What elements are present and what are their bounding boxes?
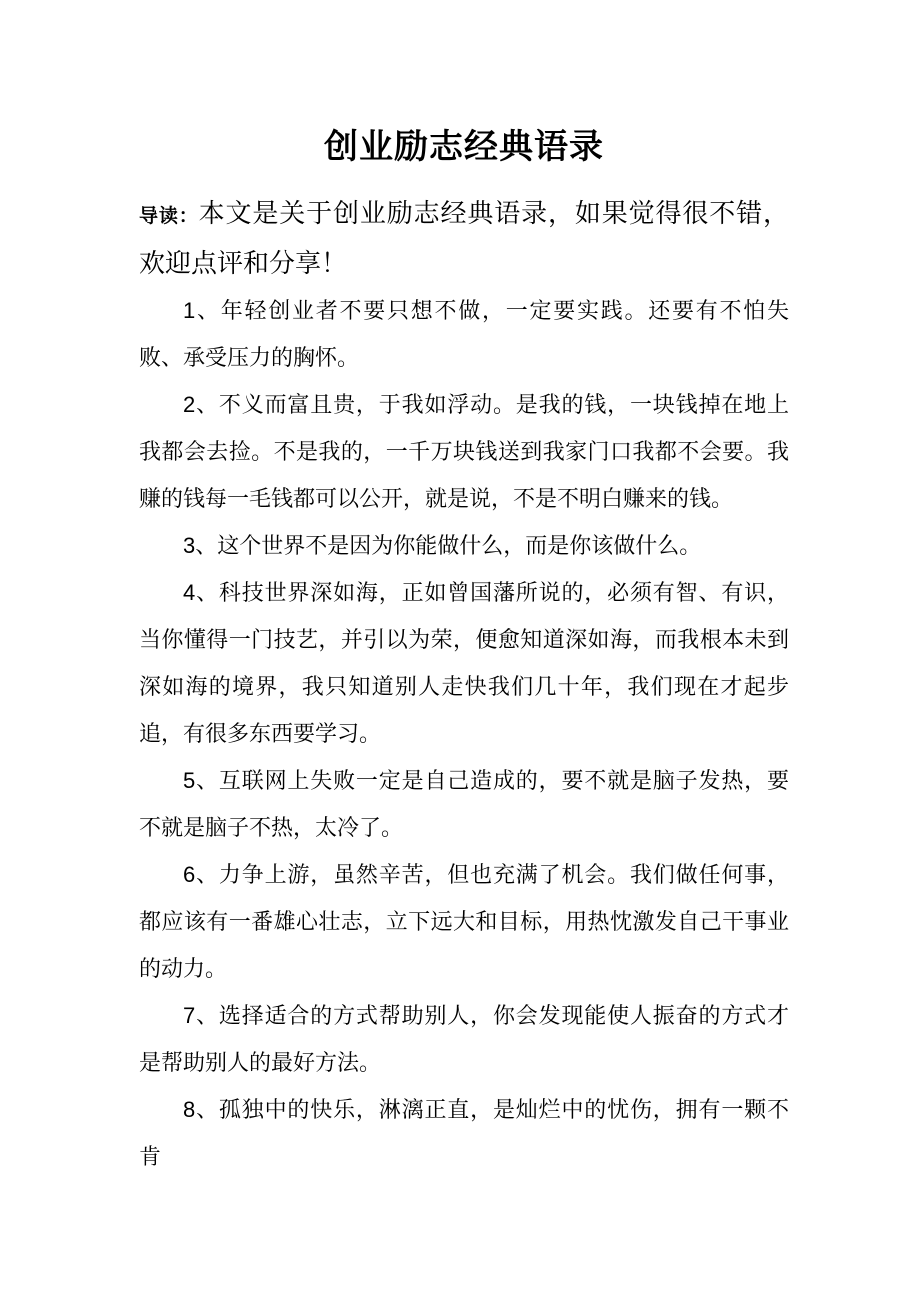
quote-paragraph-2: 2、不义而富且贵，于我如浮动。是我的钱，一块钱掉在地上我都会去捡。不是我的，一千… [139, 381, 789, 522]
quote-paragraph-7: 7、选择适合的方式帮助别人，你会发现能使人振奋的方式才是帮助别人的最好方法。 [139, 992, 789, 1086]
quote-paragraph-4: 4、科技世界深如海，正如曾国藩所说的，必须有智、有识，当你懂得一门技艺，并引以为… [139, 569, 789, 757]
intro-paragraph: 导读：本文是关于创业励志经典语录，如果觉得很不错，欢迎点评和分享！ [139, 190, 789, 287]
document-page: 创业励志经典语录 导读：本文是关于创业励志经典语录，如果觉得很不错，欢迎点评和分… [0, 0, 920, 1302]
intro-text: 本文是关于创业励志经典语录，如果觉得很不错，欢迎点评和分享！ [139, 199, 789, 278]
quote-paragraph-8: 8、孤独中的快乐，淋漓正直，是灿烂中的忧伤，拥有一颗不肯 [139, 1086, 789, 1180]
intro-label: 导读： [139, 206, 199, 227]
page-title: 创业励志经典语录 [139, 126, 789, 168]
quote-paragraph-3: 3、这个世界不是因为你能做什么，而是你该做什么。 [139, 522, 789, 569]
quote-paragraph-1: 1、年轻创业者不要只想不做，一定要实践。还要有不怕失败、承受压力的胸怀。 [139, 287, 789, 381]
quote-paragraph-6: 6、力争上游，虽然辛苦，但也充满了机会。我们做任何事，都应该有一番雄心壮志，立下… [139, 851, 789, 992]
quote-paragraph-5: 5、互联网上失败一定是自己造成的，要不就是脑子发热，要不就是脑子不热，太冷了。 [139, 757, 789, 851]
